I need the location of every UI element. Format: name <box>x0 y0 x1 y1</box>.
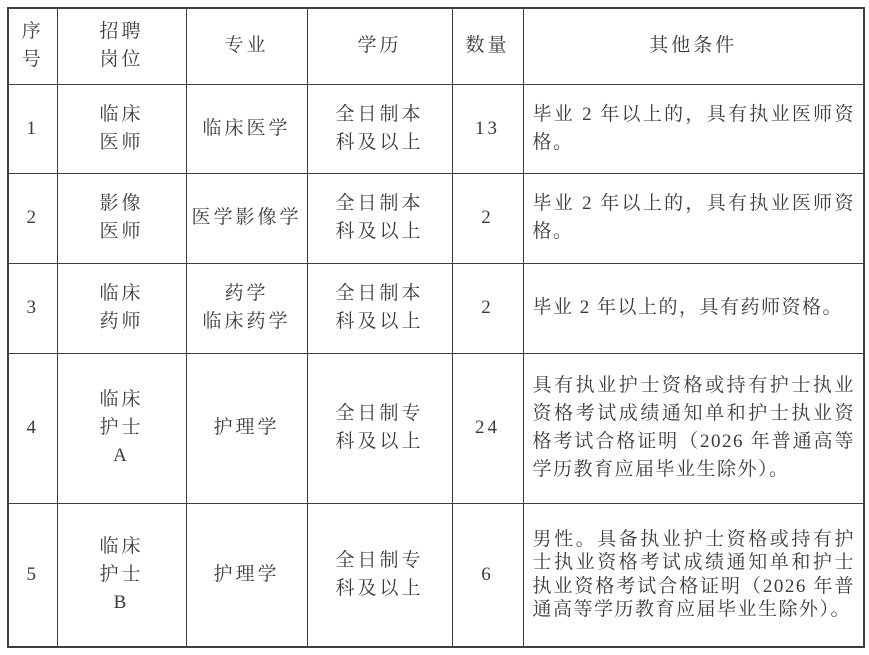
table-row: 2 影像 医师 医学影像学 全日制本 科及以上 2 毕业 2 年以上的，具有执业… <box>8 173 864 263</box>
cell-conditions: 具有执业护士资格或持有护士执业资格考试成绩通知单和护士执业资格考试合格证明（20… <box>523 353 864 503</box>
cell-education: 全日制本 科及以上 <box>307 84 452 173</box>
cell-count: 2 <box>452 173 523 263</box>
cell-conditions: 毕业 2 年以上的，具有执业医师资格。 <box>523 84 864 173</box>
cell-number: 1 <box>8 84 57 173</box>
cell-count: 6 <box>452 503 523 647</box>
cell-education: 全日制本 科及以上 <box>307 173 452 263</box>
cell-conditions: 毕业 2 年以上的，具有药师资格。 <box>523 263 864 353</box>
cell-position: 临床 护士 A <box>57 353 186 503</box>
cell-conditions: 男性。具备执业护士资格或持有护士执业资格考试成绩通知单和护士执业资格考试合格证明… <box>523 503 864 647</box>
cell-number: 2 <box>8 173 57 263</box>
header-cell-education: 学历 <box>307 8 452 84</box>
table-row: 3 临床 药师 药学 临床药学 全日制本 科及以上 2 毕业 2 年以上的，具有… <box>8 263 864 353</box>
cell-number: 5 <box>8 503 57 647</box>
cell-education: 全日制专 科及以上 <box>307 503 452 647</box>
header-cell-count: 数量 <box>452 8 523 84</box>
cell-number: 4 <box>8 353 57 503</box>
cell-position: 临床 护士 B <box>57 503 186 647</box>
header-row: 序 号 招聘 岗位 专业 学历 数量 其他条件 <box>8 8 864 84</box>
header-cell-position: 招聘 岗位 <box>57 8 186 84</box>
table-row: 5 临床 护士 B 护理学 全日制专 科及以上 6 男性。具备执业护士资格或持有… <box>8 503 864 647</box>
cell-major: 临床医学 <box>186 84 307 173</box>
header-cell-major: 专业 <box>186 8 307 84</box>
cell-position: 影像 医师 <box>57 173 186 263</box>
recruitment-table: 序 号 招聘 岗位 专业 学历 数量 其他条件 1 临床 医师 临床医学 全日制… <box>7 7 865 648</box>
cell-major: 护理学 <box>186 353 307 503</box>
document-page: 序 号 招聘 岗位 专业 学历 数量 其他条件 1 临床 医师 临床医学 全日制… <box>0 0 869 655</box>
cell-number: 3 <box>8 263 57 353</box>
cell-count: 13 <box>452 84 523 173</box>
header-cell-conditions: 其他条件 <box>523 8 864 84</box>
cell-major: 医学影像学 <box>186 173 307 263</box>
cell-education: 全日制本 科及以上 <box>307 263 452 353</box>
cell-position: 临床 医师 <box>57 84 186 173</box>
table-row: 1 临床 医师 临床医学 全日制本 科及以上 13 毕业 2 年以上的，具有执业… <box>8 84 864 173</box>
cell-education: 全日制专 科及以上 <box>307 353 452 503</box>
cell-position: 临床 药师 <box>57 263 186 353</box>
table-row: 4 临床 护士 A 护理学 全日制专 科及以上 24 具有执业护士资格或持有护士… <box>8 353 864 503</box>
cell-conditions: 毕业 2 年以上的，具有执业医师资格。 <box>523 173 864 263</box>
header-cell-number: 序 号 <box>8 8 57 84</box>
cell-count: 2 <box>452 263 523 353</box>
cell-major: 护理学 <box>186 503 307 647</box>
cell-major: 药学 临床药学 <box>186 263 307 353</box>
cell-count: 24 <box>452 353 523 503</box>
